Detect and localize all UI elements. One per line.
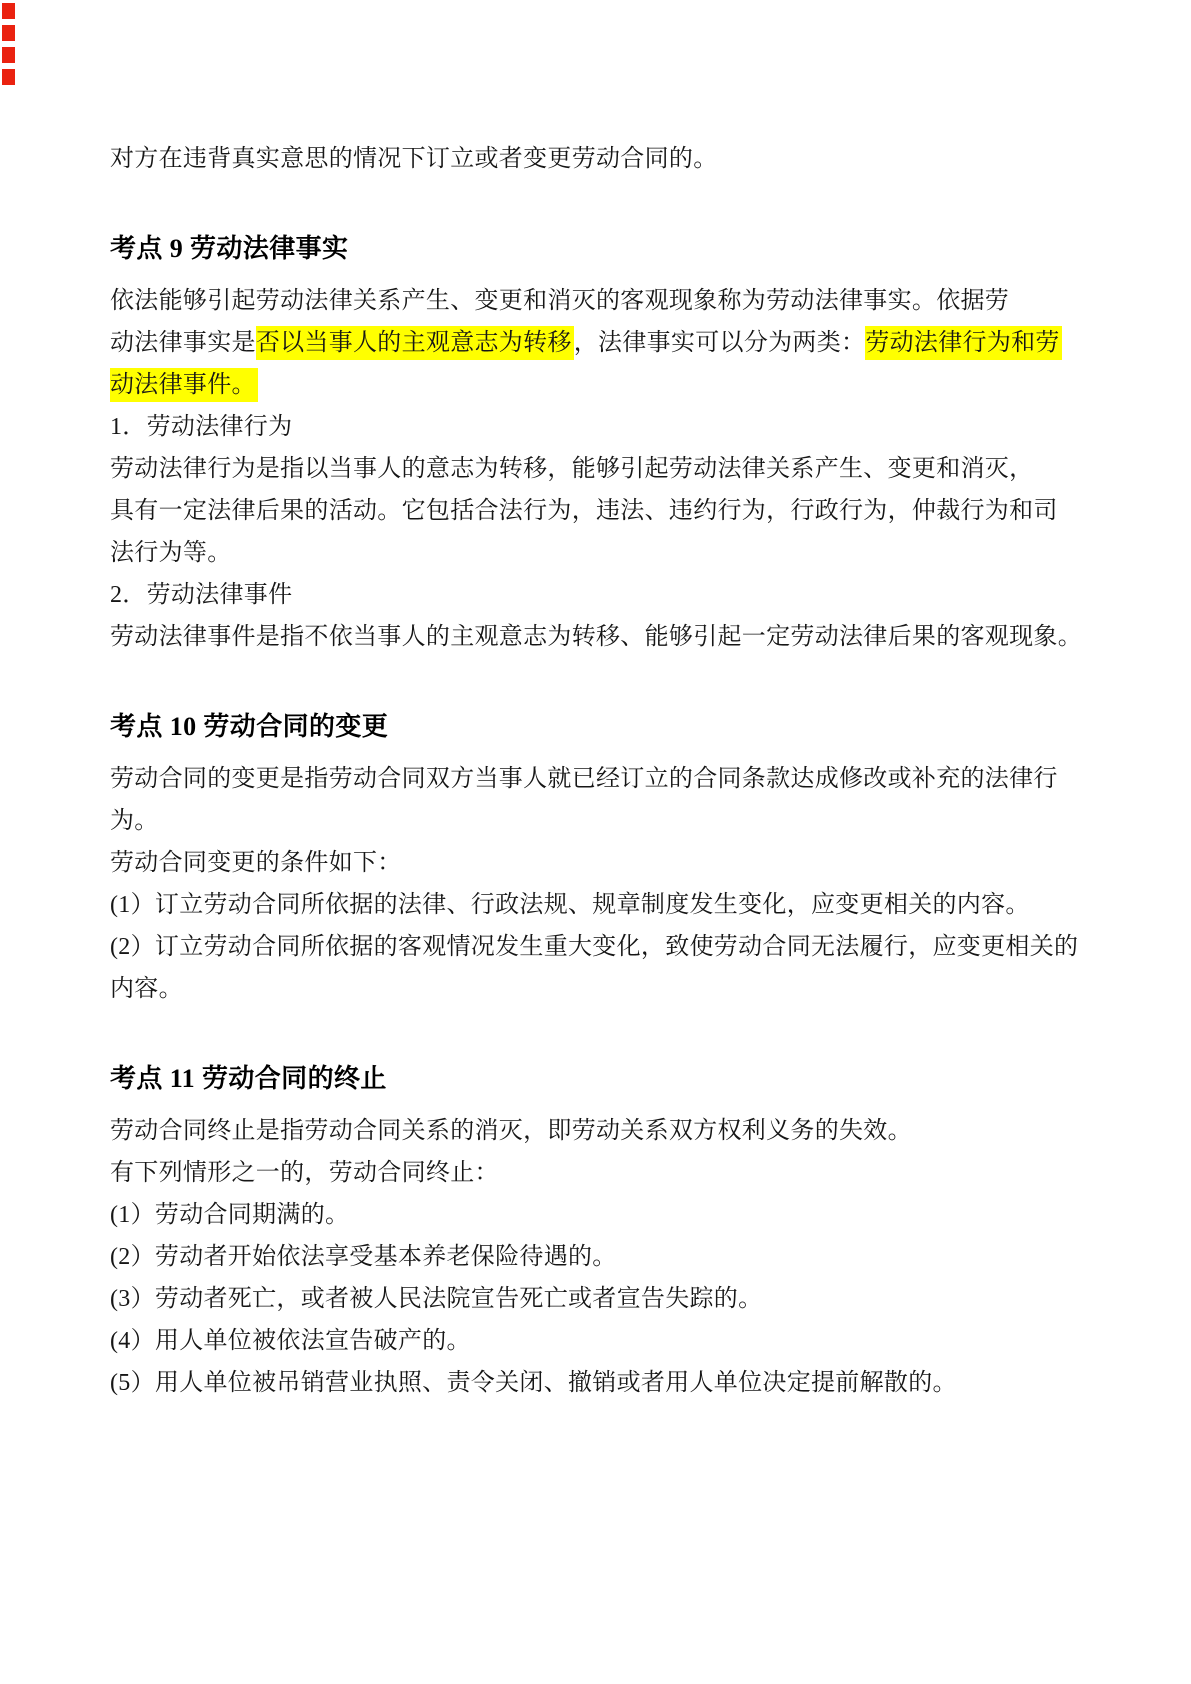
text-segment: 2．劳动法律事件 [110, 582, 292, 608]
text-segment: (2）订立劳动合同所依据的客观情况发生重大变化，致使劳动合同无法履行，应变更相关… [110, 934, 1078, 960]
blank-line [110, 1010, 1086, 1052]
text-segment: (1）劳动合同期满的。 [110, 1202, 349, 1228]
text-line: (2）订立劳动合同所依据的客观情况发生重大变化，致使劳动合同无法履行，应变更相关… [110, 926, 1086, 968]
text-segment: 劳动法律行为是指以当事人的意志为转移，能够引起劳动法律关系产生、变更和消灭， [110, 456, 1033, 482]
text-line: 2．劳动法律事件 [110, 574, 1086, 616]
text-segment: (1）订立劳动合同所依据的法律、行政法规、规章制度发生变化，应变更相关的内容。 [110, 892, 1030, 918]
red-dash-mark [2, 47, 15, 63]
text-segment: 劳动合同的变更是指劳动合同双方当事人就已经订立的合同条款达成修改或补充的法律行 [110, 766, 1058, 792]
red-annotation-marks [2, 3, 16, 91]
red-dash-mark [2, 69, 15, 85]
text-line: (1）劳动合同期满的。 [110, 1194, 1086, 1236]
text-segment: (5）用人单位被吊销营业执照、责令关闭、撤销或者用人单位决定提前解散的。 [110, 1370, 957, 1396]
text-segment: ，法律事实可以分为两类： [574, 330, 866, 356]
text-line: 依法能够引起劳动法律关系产生、变更和消灭的客观现象称为劳动法律事实。依据劳 [110, 280, 1086, 322]
highlighted-segment: 否以当事人的主观意志为转移 [256, 326, 574, 360]
text-segment: 内容。 [110, 976, 183, 1002]
text-segment: 考点 10 劳动合同的变更 [110, 712, 388, 741]
text-line: 劳动法律事件是指不依当事人的主观意志为转移、能够引起一定劳动法律后果的客观现象。 [110, 616, 1086, 658]
text-line: 为。 [110, 800, 1086, 842]
text-line: 劳动法律行为是指以当事人的意志为转移，能够引起劳动法律关系产生、变更和消灭， [110, 448, 1086, 490]
document-page: 对方在违背真实意思的情况下订立或者变更劳动合同的。考点 9 劳动法律事实依法能够… [0, 0, 1191, 1684]
text-segment: 具有一定法律后果的活动。它包括合法行为，违法、违约行为，行政行为，仲裁行为和司 [110, 498, 1058, 524]
section-heading: 考点 11 劳动合同的终止 [110, 1058, 1086, 1100]
text-line: (2）劳动者开始依法享受基本养老保险待遇的。 [110, 1236, 1086, 1278]
text-line: 动法律事件。 [110, 364, 1086, 406]
text-segment: 考点 9 劳动法律事实 [110, 234, 348, 263]
text-line: 1．劳动法律行为 [110, 406, 1086, 448]
text-line: (1）订立劳动合同所依据的法律、行政法规、规章制度发生变化，应变更相关的内容。 [110, 884, 1086, 926]
section-heading: 考点 9 劳动法律事实 [110, 228, 1086, 270]
text-segment: 1．劳动法律行为 [110, 414, 292, 440]
text-line: 具有一定法律后果的活动。它包括合法行为，违法、违约行为，行政行为，仲裁行为和司 [110, 490, 1086, 532]
text-segment: (3）劳动者死亡，或者被人民法院宣告死亡或者宣告失踪的。 [110, 1286, 762, 1312]
text-segment: 动法律事实是 [110, 330, 256, 356]
text-line: 内容。 [110, 968, 1086, 1010]
text-line: 劳动合同变更的条件如下： [110, 842, 1086, 884]
text-line: (4）用人单位被依法宣告破产的。 [110, 1320, 1086, 1362]
text-segment: 法行为等。 [110, 540, 232, 566]
text-line: 劳动合同终止是指劳动合同关系的消灭，即劳动关系双方权利义务的失效。 [110, 1110, 1086, 1152]
text-segment: 有下列情形之一的，劳动合同终止： [110, 1160, 499, 1186]
text-line: 劳动合同的变更是指劳动合同双方当事人就已经订立的合同条款达成修改或补充的法律行 [110, 758, 1086, 800]
section-heading: 考点 10 劳动合同的变更 [110, 706, 1086, 748]
text-line: (5）用人单位被吊销营业执照、责令关闭、撤销或者用人单位决定提前解散的。 [110, 1362, 1086, 1404]
text-segment: 考点 11 劳动合同的终止 [110, 1064, 387, 1093]
highlighted-segment: 动法律事件。 [110, 368, 258, 402]
blank-line [110, 180, 1086, 222]
text-line: 对方在违背真实意思的情况下订立或者变更劳动合同的。 [110, 138, 1086, 180]
text-segment: 劳动法律事件是指不依当事人的主观意志为转移、能够引起一定劳动法律后果的客观现象。 [110, 624, 1082, 650]
red-dash-mark [2, 3, 15, 19]
text-line: 有下列情形之一的，劳动合同终止： [110, 1152, 1086, 1194]
text-line: 法行为等。 [110, 532, 1086, 574]
blank-line [110, 658, 1086, 700]
text-segment: 对方在违背真实意思的情况下订立或者变更劳动合同的。 [110, 146, 718, 172]
text-segment: (2）劳动者开始依法享受基本养老保险待遇的。 [110, 1244, 617, 1270]
text-segment: 为。 [110, 808, 159, 834]
text-line: 动法律事实是否以当事人的主观意志为转移，法律事实可以分为两类：劳动法律行为和劳 [110, 322, 1086, 364]
text-line: (3）劳动者死亡，或者被人民法院宣告死亡或者宣告失踪的。 [110, 1278, 1086, 1320]
red-dash-mark [2, 25, 15, 41]
highlighted-segment: 劳动法律行为和劳 [865, 326, 1061, 360]
text-segment: 劳动合同变更的条件如下： [110, 850, 402, 876]
text-segment: 劳动合同终止是指劳动合同关系的消灭，即劳动关系双方权利义务的失效。 [110, 1118, 912, 1144]
document-content: 对方在违背真实意思的情况下订立或者变更劳动合同的。考点 9 劳动法律事实依法能够… [110, 138, 1086, 1404]
text-segment: (4）用人单位被依法宣告破产的。 [110, 1328, 471, 1354]
text-segment: 依法能够引起劳动法律关系产生、变更和消灭的客观现象称为劳动法律事实。依据劳 [110, 288, 1009, 314]
